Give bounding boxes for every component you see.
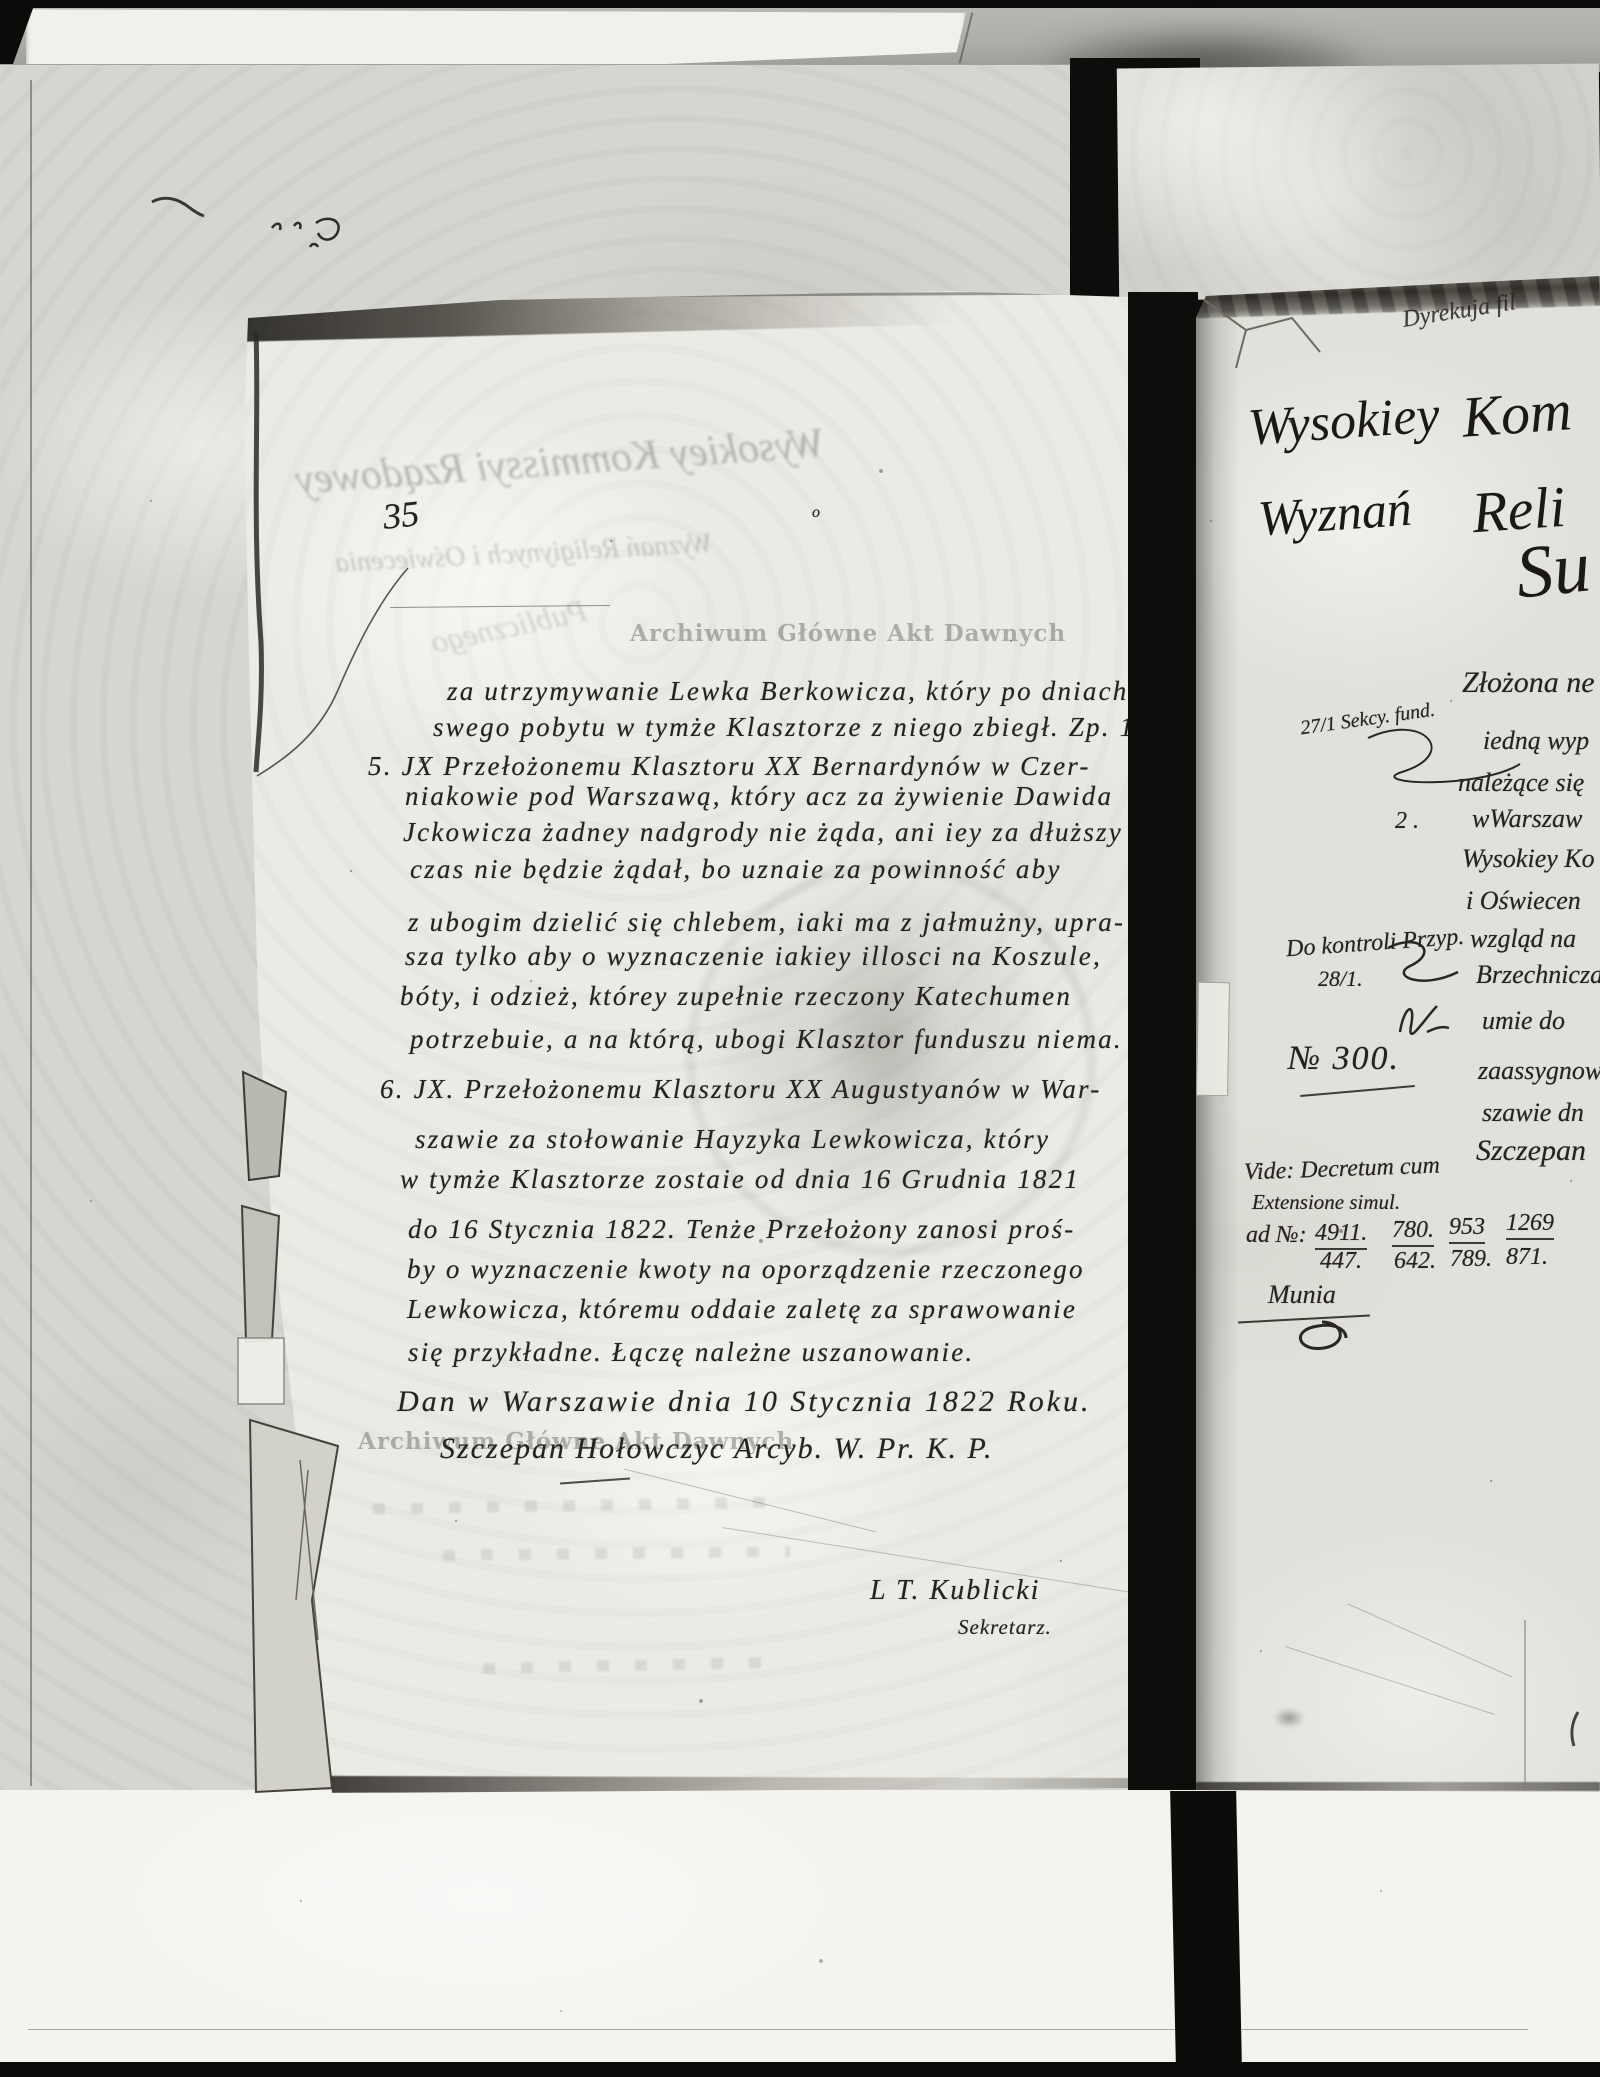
text-fragment: wzgląd na (1470, 924, 1576, 954)
bottom-sheet-line (28, 2029, 1528, 2030)
body-line: sza tylko aby o wyznaczenie iakiey illos… (405, 941, 1102, 972)
signature-president: Szczepan Hołowczyc Arcyb. W. Pr. K. P. (440, 1432, 993, 1466)
text-fragment: umie do (1482, 1006, 1565, 1036)
text-fragment: wWarszaw (1472, 804, 1582, 834)
body-line: niakowie pod Warszawą, który acz za żywi… (405, 781, 1113, 812)
dust-specks (0, 0, 2, 2)
stray-ink-mark: o (812, 504, 820, 522)
bleed-smudge (430, 1546, 790, 1561)
page-gap (1128, 292, 1198, 1794)
ref-number: 871. (1506, 1244, 1548, 1271)
margin-note-section: 27/1 Sekcy. fund. (1299, 699, 1436, 741)
fold-line (1524, 1620, 1526, 1788)
body-line: by o wyznaczenie kwoty na oporządzenie r… (407, 1254, 1085, 1285)
text-fragment: zaassygnow (1478, 1056, 1600, 1086)
ad-label: ad №: (1246, 1222, 1307, 1249)
body-line: za utrzymywanie Lewka Berkowicza, który … (447, 676, 1169, 707)
text-fragment: i Oświecen (1466, 886, 1581, 916)
ref-number: 642. (1394, 1248, 1436, 1275)
text-fragment: szawie dn (1482, 1098, 1584, 1128)
bleedthrough-header-1: Wysokiey Kommissyi Rządowey (294, 420, 826, 505)
bleedthrough-header-3: Publicznego (428, 592, 590, 661)
ink-smudge (1268, 1705, 1310, 1731)
heading-line1b: Kom (1460, 376, 1574, 450)
body-line: do 16 Stycznia 1822. Tenże Przełożony za… (408, 1214, 1076, 1245)
text-fragment: Złożona ne (1462, 666, 1595, 700)
background-sheet-edge-line (30, 80, 32, 1786)
microfilm-scan: Wysokiey Kommissyi Rządowey Wyznań Relig… (0, 0, 1600, 2077)
bleed-smudge (360, 1496, 790, 1515)
heading-line1a: Wysokiey (1246, 385, 1441, 457)
secretary-title: Sekretarz. (958, 1615, 1052, 1640)
body-line: czas nie będzie żądał, bo uznaie za powi… (410, 854, 1062, 885)
torn-edge-bottom-right (1196, 1782, 1600, 1791)
text-fragment: należące się (1458, 768, 1584, 798)
margin-note-control: Do kontroli Przyp. (1285, 924, 1465, 963)
tape-patch (1196, 982, 1230, 1097)
page-number: 35 (381, 492, 421, 538)
ref-number: 4911. (1315, 1220, 1367, 1250)
dateline: Dan w Warszawie dnia 10 Stycznia 1822 Ro… (397, 1385, 1092, 1419)
item-number: 2 . (1395, 808, 1419, 835)
bottom-black-bar (1170, 1791, 1242, 2063)
body-line: 5. JX Przełożonemu Klasztoru XX Bernardy… (368, 751, 1091, 782)
text-fragment: Brzechnicza (1476, 960, 1600, 990)
signature-secretary: L T. Kublicki (870, 1575, 1040, 1607)
vide-note-1: Vide: Decretum cum (1244, 1153, 1441, 1187)
bleed-smudge (470, 1657, 770, 1674)
flourish-word: Munia (1268, 1280, 1336, 1310)
amount-underline (1300, 1085, 1415, 1097)
vide-note-2: Extensione simul. (1252, 1190, 1400, 1215)
surface-scratch (1285, 1646, 1495, 1715)
body-line: potrzebuie, a na którą, ubogi Klasztor f… (410, 1024, 1123, 1055)
body-line: swego pobytu w tymże Klasztorze z niego … (433, 712, 1160, 743)
text-fragment: iedną wyp (1483, 726, 1589, 756)
flourish-underline (1238, 1315, 1370, 1324)
bottom-sheet (0, 1790, 1600, 2062)
margin-note-date: 28/1. (1318, 966, 1363, 992)
archive-watermark-upper: Archiwum Główne Akt Dawnych (630, 620, 1066, 647)
ref-number: 447. (1320, 1248, 1362, 1275)
ref-number: 789. (1450, 1246, 1492, 1273)
text-fragment: Szczepan (1476, 1134, 1586, 1168)
body-line: w tymże Klasztorze zostaie od dnia 16 Gr… (400, 1164, 1080, 1195)
body-line: szawie za stołowanie Hayzyka Lewkowicza,… (415, 1124, 1050, 1155)
signature-underline (560, 1478, 630, 1485)
body-line: Lewkowicza, któremu oddaie zaletę za spr… (407, 1294, 1077, 1325)
ref-number: 780. (1392, 1217, 1434, 1247)
body-line: Jckowicza żadney nadgrody nie żąda, ani … (403, 817, 1123, 848)
ref-number: 953 (1449, 1214, 1485, 1244)
body-line: z ubogim dzielić się chlebem, iaki ma z … (408, 907, 1125, 938)
amount-note: № 300. (1288, 1040, 1400, 1078)
body-line: 6. JX. Przełożonemu Klasztoru XX Augusty… (380, 1074, 1101, 1105)
heading-line2a: Wyznań (1256, 479, 1413, 548)
body-line: bóty, i odzież, którey zupełnie rzeczony… (400, 981, 1072, 1012)
heading-line3: Su (1512, 524, 1594, 616)
text-fragment: Wysokiey Ko (1462, 844, 1595, 874)
ref-number: 1269 (1506, 1210, 1554, 1240)
body-line: się przykładne. Łączę należne uszanowani… (408, 1337, 974, 1368)
surface-scratch (1348, 1603, 1513, 1677)
background-sheet-right (1117, 63, 1600, 300)
